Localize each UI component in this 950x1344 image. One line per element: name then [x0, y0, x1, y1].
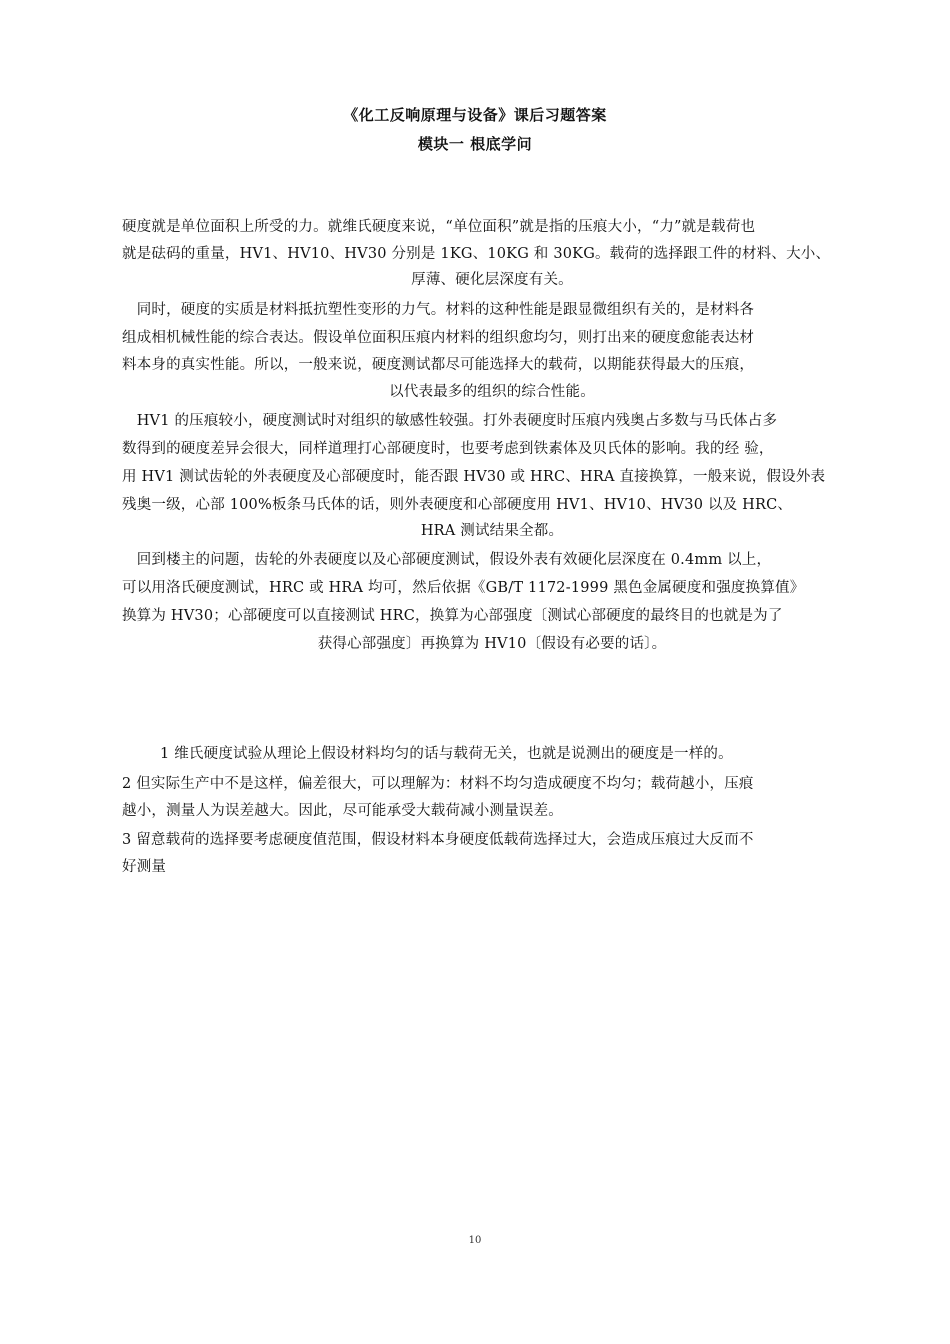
- paragraph-3-line-1: HV1 的压痕较小，硬度测试时对组织的敏感性较强。打外表硬度时压痕内残奥占多数与…: [122, 411, 862, 431]
- paragraph-4-line-2: 可以用洛氏硬度测试，HRC 或 HRA 均可，然后依据《GB/T 1172-19…: [122, 578, 862, 598]
- document-page: 《化工反响原理与设备》课后习题答案 模块一 根底学问 硬度就是单位面积上所受的力…: [0, 0, 950, 1344]
- paragraph-3-line-4: 残奥一级，心部 100%板条马氏体的话，则外表硬度和心部硬度用 HV1、HV10…: [122, 495, 862, 515]
- page-number: 10: [0, 1235, 950, 1246]
- paragraph-3-line-3: 用 HV1 测试齿轮的外表硬度及心部硬度时，能否跟 HV30 或 HRC、HRA…: [122, 467, 862, 487]
- paragraph-4-line-4: 获得心部强度〕再换算为 HV10〔假设有必要的话〕。: [122, 634, 862, 654]
- paragraph-1-line-3: 厚薄、硬化层深度有关。: [122, 270, 862, 290]
- paragraph-3-line-5: HRA 测试结果全都。: [122, 521, 862, 541]
- numbered-point-3-line-1: 3 留意载荷的选择要考虑硬度值范围，假设材料本身硬度低载荷选择过大，会造成压痕过…: [122, 830, 862, 850]
- document-subtitle: 模块一 根底学问: [0, 133, 950, 154]
- paragraph-1-line-1: 硬度就是单位面积上所受的力。就维氏硬度来说，“单位面积”就是指的压痕大小，“力”…: [122, 217, 862, 237]
- numbered-point-2-line-1: 2 但实际生产中不是这样，偏差很大，可以理解为：材料不均匀造成硬度不均匀；载荷越…: [122, 774, 862, 794]
- paragraph-2-line-1: 同时，硬度的实质是材料抵抗塑性变形的力气。材料的这种性能是跟显微组织有关的，是材…: [122, 300, 862, 320]
- numbered-point-3-line-2: 好测量: [122, 857, 862, 877]
- paragraph-2-line-2: 组成相机械性能的综合表达。假设单位面积压痕内材料的组织愈均匀，则打出来的硬度愈能…: [122, 328, 862, 348]
- paragraph-2-line-4: 以代表最多的组织的综合性能。: [122, 382, 862, 402]
- numbered-point-2-line-2: 越小，测量人为误差越大。因此，尽可能承受大载荷减小测量误差。: [122, 801, 862, 821]
- paragraph-3-line-2: 数得到的硬度差异会很大，同样道理打心部硬度时，也要考虑到铁素体及贝氏体的影响。我…: [122, 439, 862, 459]
- paragraph-2-line-3: 料本身的真实性能。所以，一般来说，硬度测试都尽可能选择大的载荷，以期能获得最大的…: [122, 355, 862, 375]
- document-title: 《化工反响原理与设备》课后习题答案: [0, 104, 950, 125]
- paragraph-4-line-3: 换算为 HV30；心部硬度可以直接测试 HRC，换算为心部强度〔测试心部硬度的最…: [122, 606, 862, 626]
- numbered-point-1: 1 维氏硬度试验从理论上假设材料均匀的话与载荷无关，也就是说测出的硬度是一样的。: [160, 744, 900, 764]
- paragraph-1-line-2: 就是砝码的重量，HV1、HV10、HV30 分别是 1KG、10KG 和 30K…: [122, 244, 862, 264]
- paragraph-4-line-1: 回到楼主的问题，齿轮的外表硬度以及心部硬度测试，假设外表有效硬化层深度在 0.4…: [122, 550, 862, 570]
